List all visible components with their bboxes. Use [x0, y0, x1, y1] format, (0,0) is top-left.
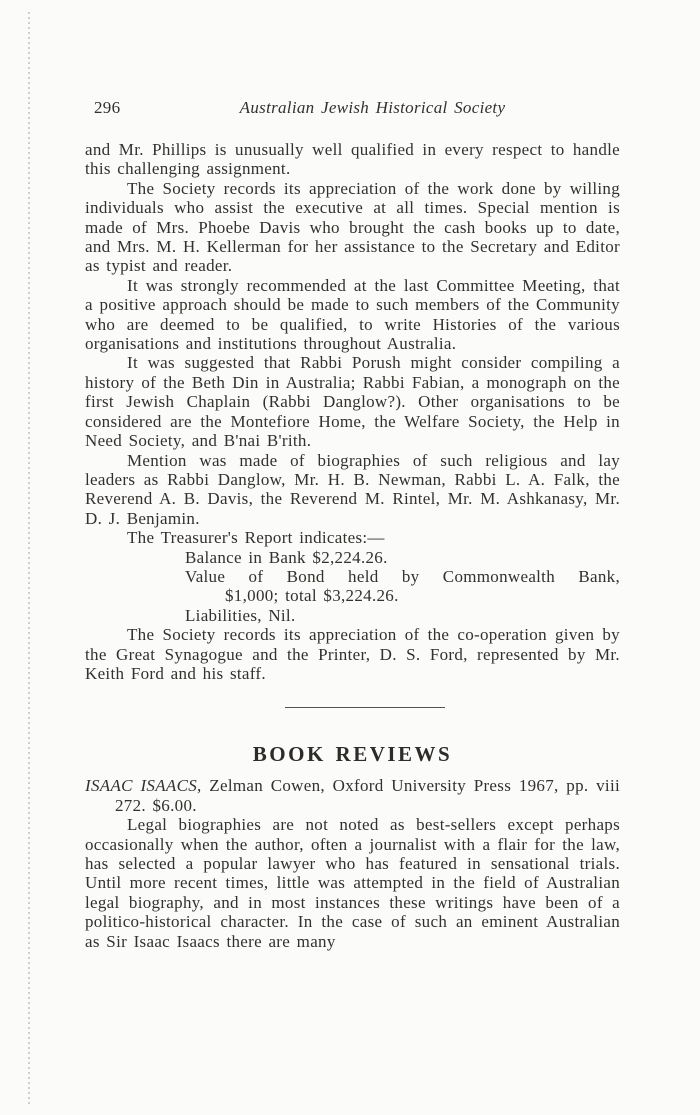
paragraph-rabbi-porush-suggestion: It was suggested that Rabbi Porush might… [85, 353, 620, 450]
review-book-title: ISAAC ISAACS [85, 776, 197, 795]
treasurer-report-balance: Balance in Bank $2,224.26. [85, 548, 620, 567]
treasurer-report-liabilities: Liabilities, Nil. [85, 606, 620, 625]
review-body-paragraph: Legal biographies are not noted as best-… [85, 815, 620, 951]
treasurer-report-intro: The Treasurer's Report indicates:— [85, 528, 620, 547]
paragraph-committee-recommendation: It was strongly recommended at the last … [85, 276, 620, 354]
page-number: 296 [94, 98, 120, 117]
treasurer-report-bond-total: $1,000; total $3,224.26. [85, 586, 620, 605]
page-content: 296 Australian Jewish Historical Society… [85, 98, 620, 951]
section-divider-rule [285, 707, 445, 708]
book-reviews-heading: BOOK REVIEWS [85, 742, 620, 766]
journal-title: Australian Jewish Historical Society [85, 98, 620, 117]
scan-binding-edge-artifact [28, 12, 30, 1107]
paragraph-closing-cooperation: The Society records its appreciation of … [85, 625, 620, 683]
paragraph-continuation: and Mr. Phillips is unusually well quali… [85, 140, 620, 179]
review-citation: ISAAC ISAACS, Zelman Cowen, Oxford Unive… [85, 776, 620, 815]
treasurer-report-bond: Value of Bond held by Commonwealth Bank, [85, 567, 620, 586]
paragraph-society-appreciation: The Society records its appreciation of … [85, 179, 620, 276]
paragraph-biographies-mention: Mention was made of biographies of such … [85, 451, 620, 529]
running-header: 296 Australian Jewish Historical Society [85, 98, 620, 120]
